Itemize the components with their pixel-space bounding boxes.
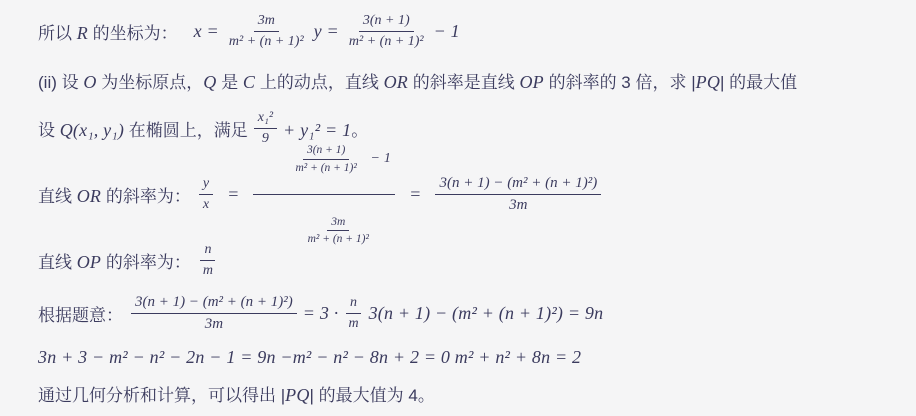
denominator: m² + (n + 1)² — [345, 32, 428, 51]
text-run: 直线 — [38, 253, 77, 272]
text-run: PQ — [285, 385, 309, 405]
text-run: R — [77, 23, 88, 43]
text-run: OR — [384, 72, 408, 92]
text-run: 上的动点，直线 — [255, 73, 383, 92]
big-nested-fraction: 3(n + 1) m² + (n + 1)² − 1 3m m² + (n + … — [253, 124, 395, 265]
denominator: m² + (n + 1)² — [304, 231, 373, 246]
text-run: Q — [203, 72, 216, 92]
line3-prefix: 设 Q(x₁, y₁) 在椭圆上，满足 — [38, 116, 248, 141]
text-run: 的斜率的 3 倍，求 | — [544, 73, 696, 92]
equals-three-times: = 3 · — [303, 303, 339, 324]
line5-prefix: 直线 OP 的斜率为： — [38, 248, 191, 273]
fraction-simplified-slope: 3(n + 1) − (m² + (n + 1)²) 3m — [435, 174, 601, 215]
text-run: OR — [77, 186, 101, 206]
text-run: 在椭圆上，满足 — [124, 121, 248, 140]
numerator: y — [199, 175, 213, 195]
line-algebra-steps: 3n + 3 − m² − n² − 2n − 1 = 9n −m² − n² … — [38, 343, 916, 371]
text-run: PQ — [696, 72, 720, 92]
numerator: n — [200, 241, 215, 261]
text-run: OP — [519, 72, 543, 92]
fraction-n-over-m: n m — [199, 241, 217, 279]
text-run: 所以 — [38, 24, 77, 43]
text-run: C — [243, 72, 255, 92]
line-slope-or: 直线 OR 的斜率为： y x = 3(n + 1) m² + (n + 1)²… — [38, 156, 916, 232]
numerator: 3m — [254, 12, 279, 32]
text-run: 的坐标为： — [88, 24, 178, 43]
numerator: 3(n + 1) − (m² + (n + 1)²) — [131, 293, 297, 314]
line4-prefix: 直线 OR 的斜率为： — [38, 182, 191, 207]
big-numerator-tail: − 1 — [367, 150, 391, 168]
line8-text: 通过几何分析和计算，可以得出 |PQ| 的最大值为 4。 — [38, 381, 435, 406]
line2-text: (ii) 设 O 为坐标原点，Q 是 C 上的动点，直线 OR 的斜率是直线 O… — [38, 68, 797, 93]
numerator: n — [346, 294, 361, 314]
text-run: (ii) 设 — [38, 73, 83, 92]
text-run: O — [83, 72, 96, 92]
line-problem-statement: (ii) 设 O 为坐标原点，Q 是 C 上的动点，直线 OR 的斜率是直线 O… — [38, 68, 916, 92]
big-numerator: 3(n + 1) m² + (n + 1)² − 1 — [253, 124, 395, 195]
line-r-coordinates: 所以 R 的坐标为： x = 3m m² + (n + 1)² y = 3(n … — [38, 6, 916, 56]
line1-prefix: 所以 R 的坐标为： — [38, 19, 178, 44]
nested-fraction-bottom: 3m m² + (n + 1)² — [304, 215, 373, 247]
denominator: m — [199, 261, 217, 280]
line-slope-op: 直线 OP 的斜率为： n m — [38, 237, 916, 283]
math-solution-document: 所以 R 的坐标为： x = 3m m² + (n + 1)² y = 3(n … — [0, 0, 916, 406]
text-run: | 的最大值为 4。 — [310, 386, 435, 405]
text-run: 的斜率是直线 — [408, 73, 519, 92]
line-q-on-ellipse: 设 Q(x₁, y₁) 在椭圆上，满足 x₁² 9 + y₁² = 1。 — [38, 105, 916, 151]
fraction-n-over-m: n m — [344, 294, 362, 332]
text-run: 直线 — [38, 187, 77, 206]
text-run: OP — [77, 252, 101, 272]
text-run: Q(x₁, y₁) — [60, 120, 124, 140]
denominator: 3m — [505, 195, 531, 215]
numerator: 3m — [327, 215, 349, 231]
line-conclusion: 通过几何分析和计算，可以得出 |PQ| 的最大值为 4。 — [38, 380, 916, 406]
text-run: 是 — [216, 73, 242, 92]
text-run: 为坐标原点， — [97, 73, 204, 92]
denominator: m² + (n + 1)² — [291, 160, 360, 175]
denominator: 3m — [201, 314, 227, 334]
fraction-y-over-x: y x — [199, 175, 213, 213]
denominator: m — [344, 314, 362, 333]
numerator: 3(n + 1) − (m² + (n + 1)²) — [435, 174, 601, 195]
big-denominator: 3m m² + (n + 1)² — [266, 195, 383, 265]
numerator: 3(n + 1) — [303, 143, 349, 159]
text-run: | 的最大值 — [720, 73, 797, 92]
line6-tail: 3(n + 1) − (m² + (n + 1)²) = 9n — [369, 303, 604, 324]
line1-y-equals: y = — [314, 21, 339, 42]
big-numerator-row: 3(n + 1) m² + (n + 1)² − 1 — [285, 143, 391, 175]
fraction-y-value: 3(n + 1) m² + (n + 1)² — [345, 12, 428, 50]
equals-sign: = — [409, 184, 421, 205]
text-run: 通过几何分析和计算，可以得出 | — [38, 386, 285, 405]
line6-prefix: 根据题意： — [38, 301, 123, 326]
text-run: 的斜率为： — [101, 253, 191, 272]
text-run: 根据题意： — [38, 306, 123, 325]
equals-sign: = — [227, 184, 239, 205]
denominator: x — [199, 195, 213, 214]
line1-tail: − 1 — [434, 21, 460, 42]
denominator: m² + (n + 1)² — [225, 32, 308, 51]
numerator: 3(n + 1) — [359, 12, 414, 32]
line-equation-setup: 根据题意： 3(n + 1) − (m² + (n + 1)²) 3m = 3 … — [38, 288, 916, 338]
text-run: 设 — [38, 121, 60, 140]
text-run: 的斜率为： — [101, 187, 191, 206]
line7-text: 3n + 3 − m² − n² − 2n − 1 = 9n −m² − n² … — [38, 347, 581, 368]
nested-fraction-top: 3(n + 1) m² + (n + 1)² — [291, 143, 360, 175]
line1-x-equals: x = — [194, 21, 219, 42]
fraction-slope-expression: 3(n + 1) − (m² + (n + 1)²) 3m — [131, 293, 297, 334]
fraction-x-value: 3m m² + (n + 1)² — [225, 12, 308, 50]
